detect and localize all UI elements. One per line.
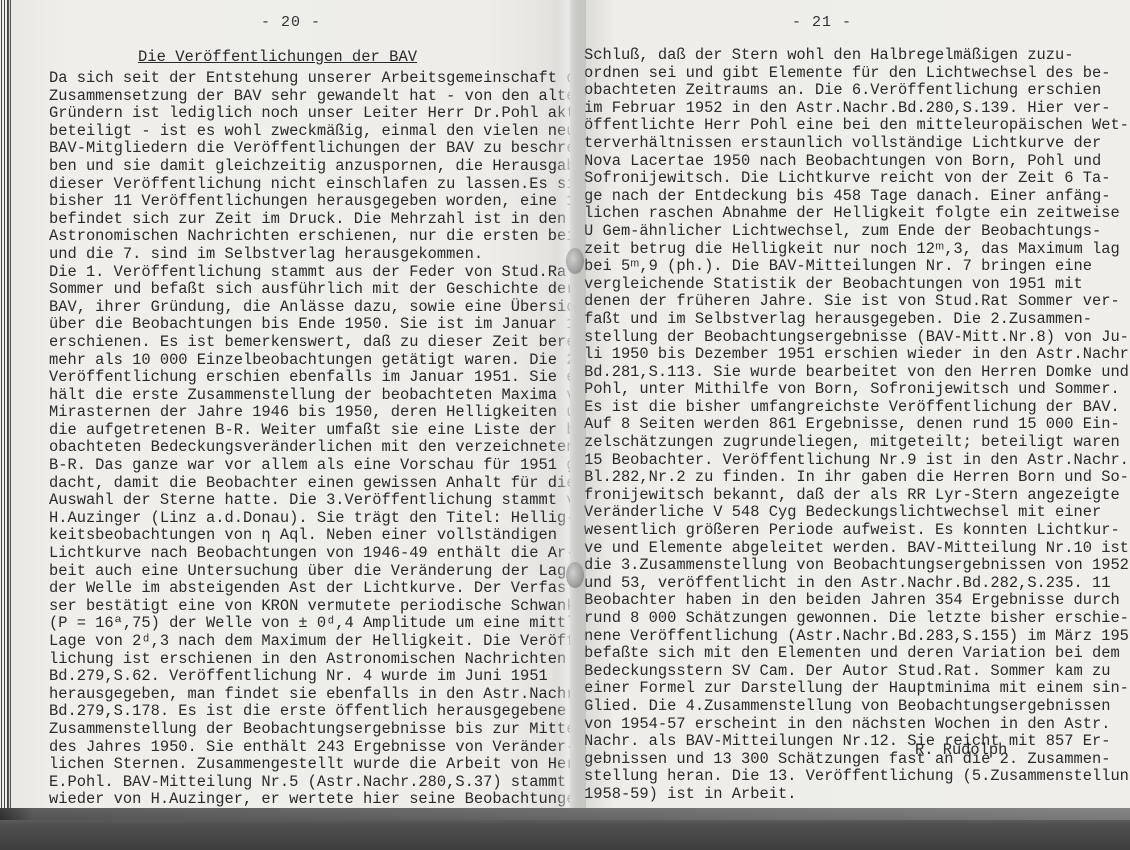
left-page: - 20 - Die Veröffentlichungen der BAV Da… bbox=[8, 0, 573, 808]
text-line: Bd.279,S.62. Veröffentlichung Nr. 4 wurd… bbox=[49, 668, 573, 686]
text-line: des Jahres 1950. Sie enthält 243 Ergebni… bbox=[49, 739, 573, 757]
text-line: die aufgetretenen B-R. Weiter umfaßt sie… bbox=[49, 422, 573, 440]
book-edge bbox=[0, 0, 8, 820]
text-line: dieser Veröffentlichung nicht einschlafe… bbox=[49, 176, 573, 194]
text-line: terverhältnissen erstaunlich vollständig… bbox=[584, 135, 1130, 153]
text-line: zelschätzungen zugrundeliegen, mitgeteil… bbox=[584, 434, 1130, 452]
text-line: lichen Sternen. Zusammengestellt wurde d… bbox=[49, 756, 573, 774]
text-line: Nachr. als BAV-Mitteilungen Nr.12. Sie r… bbox=[584, 733, 1130, 751]
text-line: Die 1. Veröffentlichung stammt aus der F… bbox=[49, 264, 573, 282]
text-line: H.Auzinger (Linz a.d.Donau). Sie trägt d… bbox=[49, 510, 573, 528]
text-line: BAV-Mitgliedern die Veröffentlichungen d… bbox=[49, 140, 573, 158]
text-line: Bd.281,S.113. Sie wurde bearbeitet von d… bbox=[584, 364, 1130, 382]
text-line: bei 5ᵐ,9 (ph.). Die BAV-Mitteilungen Nr.… bbox=[584, 258, 1130, 276]
article-title: Die Veröffentlichungen der BAV bbox=[138, 48, 417, 66]
text-line: Mirasternen der Jahre 1946 bis 1950, der… bbox=[49, 404, 573, 422]
binding-hole bbox=[566, 562, 584, 588]
text-line: lichung ist erschienen in den Astronomis… bbox=[49, 651, 573, 669]
text-line: bisher 11 Veröffentlichungen herausgegeb… bbox=[49, 193, 573, 211]
text-line: ser bestätigt eine von KRON vermutete pe… bbox=[49, 598, 573, 616]
text-line: beit auch eine Untersuchung über die Ver… bbox=[49, 563, 573, 581]
author-signature: R. Rudolph bbox=[915, 741, 1007, 759]
text-line: Auf 8 Seiten werden 861 Ergebnisse, dene… bbox=[584, 416, 1130, 434]
text-line: zeit betrug die Helligkeit nur noch 12ᵐ,… bbox=[584, 241, 1130, 259]
text-line: befaßte sich mit den Elementen und deren… bbox=[584, 645, 1130, 663]
text-line: ge nach der Entdeckung bis 458 Tage dana… bbox=[584, 188, 1130, 206]
text-line: Zusammenstellung der Beobachtungsergebni… bbox=[49, 721, 573, 739]
text-line: lichen raschen Abnahme der Helligkeit fo… bbox=[584, 205, 1130, 223]
text-line: erschienen. Es ist bemerkenswert, daß zu… bbox=[49, 334, 573, 352]
text-line: obachteten Bedeckungsveränderlichen mit … bbox=[49, 439, 573, 457]
text-line: Sofronijewitsch. Die Lichtkurve reicht v… bbox=[584, 170, 1130, 188]
text-line: nene Veröffentlichung (Astr.Nachr.Bd.283… bbox=[584, 628, 1130, 646]
text-line: Schluß, daß der Stern wohl den Halbregel… bbox=[584, 47, 1130, 65]
text-line: Pohl, unter Mithilfe von Born, Sofronije… bbox=[584, 381, 1130, 399]
text-line: öffentlichte Herr Pohl eine bei den mitt… bbox=[584, 117, 1130, 135]
text-line: einer Formel zur Darstellung der Hauptmi… bbox=[584, 680, 1130, 698]
text-line: faßt und im Selbstverlag herausgegeben. … bbox=[584, 311, 1130, 329]
page-number-right: - 21 - bbox=[792, 14, 852, 31]
text-line: über die Beobachtungen bis Ende 1950. Si… bbox=[49, 316, 573, 334]
text-line: beteiligt - ist es wohl zweckmäßig, einm… bbox=[49, 123, 573, 141]
text-line: Bl.282,Nr.2 zu finden. In ihr gaben die … bbox=[584, 469, 1130, 487]
text-line: fronijewitsch bekannt, daß der als RR Ly… bbox=[584, 487, 1130, 505]
text-line: ve und Elemente abgeleitet werden. BAV-M… bbox=[584, 540, 1130, 558]
text-line: im Februar 1952 in den Astr.Nachr.Bd.280… bbox=[584, 100, 1130, 118]
text-line: Auswahl der Sterne hatte. Die 3.Veröffen… bbox=[49, 492, 573, 510]
text-line: Glied. Die 4.Zusammenstellung von Beobac… bbox=[584, 698, 1130, 716]
text-line: Sommer und befaßt sich ausführlich mit d… bbox=[49, 281, 573, 299]
text-line: Bd.279,S.178. Es ist die erste öffentlic… bbox=[49, 703, 573, 721]
text-line: Zusammensetzung der BAV sehr gewandelt h… bbox=[49, 88, 573, 106]
text-line: E.Pohl. BAV-Mitteilung Nr.5 (Astr.Nachr.… bbox=[49, 774, 573, 792]
right-page-text: Schluß, daß der Stern wohl den Halbregel… bbox=[584, 47, 1130, 804]
text-line: vergleichende Statistik der Beobachtunge… bbox=[584, 276, 1130, 294]
text-line: herausgegeben, man findet sie ebenfalls … bbox=[49, 686, 573, 704]
text-line: Lichtkurve nach Beobachtungen von 1946-4… bbox=[49, 545, 573, 563]
text-line: Lage von 2ᵈ,3 nach dem Maximum der Helli… bbox=[49, 633, 573, 651]
text-line: dacht, damit die Beobachter einen gewiss… bbox=[49, 475, 573, 493]
text-line: denen der früheren Jahre. Sie ist von St… bbox=[584, 293, 1130, 311]
text-line: Beobachter haben in den beiden Jahren 35… bbox=[584, 592, 1130, 610]
text-line: der Welle im absteigenden Ast der Lichtk… bbox=[49, 580, 573, 598]
text-line: wesentlich größeren Periode aufweist. Es… bbox=[584, 522, 1130, 540]
text-line: li 1950 bis Dezember 1951 erschien wiede… bbox=[584, 346, 1130, 364]
text-line: Veröffentlichung erschien ebenfalls im J… bbox=[49, 369, 573, 387]
text-line: wieder von H.Auzinger, er wertete hier s… bbox=[49, 791, 573, 808]
text-line: Bedeckungsstern SV Cam. Der Autor Stud.R… bbox=[584, 663, 1130, 681]
text-line: von 1954-57 erscheint in den nächsten Wo… bbox=[584, 716, 1130, 734]
text-line: ben und sie damit gleichzeitig anzusporn… bbox=[49, 158, 573, 176]
text-line: Veränderliche V 548 Cyg Bedeckungslichtw… bbox=[584, 504, 1130, 522]
binding-hole bbox=[566, 248, 584, 274]
text-line: befindet sich zur Zeit im Druck. Die Meh… bbox=[49, 211, 573, 229]
text-line: obachteten Zeitraums an. Die 6.Veröffent… bbox=[584, 82, 1130, 100]
page-number-left: - 20 - bbox=[261, 14, 321, 31]
scanner-shadow bbox=[0, 808, 1130, 850]
text-line: keitsbeobachtungen von η Aql. Neben eine… bbox=[49, 527, 573, 545]
text-line: gebnissen und 13 300 Schätzungen fast an… bbox=[584, 751, 1130, 769]
text-line: Astronomischen Nachrichten erschienen, n… bbox=[49, 228, 573, 246]
right-page: - 21 - Schluß, daß der Stern wohl den Ha… bbox=[570, 0, 1130, 808]
text-line: Gründern ist lediglich noch unser Leiter… bbox=[49, 105, 573, 123]
text-line: Es ist die bisher umfangreichste Veröffe… bbox=[584, 399, 1130, 417]
text-line: B-R. Das ganze war vor allem als eine Vo… bbox=[49, 457, 573, 475]
text-line: 1958-59) ist in Arbeit. bbox=[584, 786, 1130, 804]
text-line: und die 7. sind im Selbstverlag herausge… bbox=[49, 246, 573, 264]
text-line: ordnen sei und gibt Elemente für den Lic… bbox=[584, 65, 1130, 83]
text-line: stellung der Beobachtungsergebnisse (BAV… bbox=[584, 329, 1130, 347]
text-line: rund 8 000 Schätzungen gewonnen. Die let… bbox=[584, 610, 1130, 628]
text-line: BAV, ihrer Gründung, die Anlässe dazu, s… bbox=[49, 299, 573, 317]
left-page-text: Da sich seit der Entstehung unserer Arbe… bbox=[49, 70, 573, 808]
text-line: die 3.Zusammenstellung von Beobachtungse… bbox=[584, 557, 1130, 575]
text-line: Nova Lacertae 1950 nach Beobachtungen vo… bbox=[584, 153, 1130, 171]
text-line: hält die erste Zusammenstellung der beob… bbox=[49, 387, 573, 405]
text-line: und 53, veröffentlicht in den Astr.Nachr… bbox=[584, 575, 1130, 593]
text-line: stellung heran. Die 13. Veröffentlichung… bbox=[584, 768, 1130, 786]
text-line: 15 Beobachter. Veröffentlichung Nr.9 ist… bbox=[584, 452, 1130, 470]
text-line: (P = 16ª,75) der Welle von ± 0ᵈ,4 Amplit… bbox=[49, 615, 573, 633]
text-line: mehr als 10 000 Einzelbeobachtungen getä… bbox=[49, 352, 573, 370]
text-line: Da sich seit der Entstehung unserer Arbe… bbox=[49, 70, 573, 88]
text-line: U Gem-ähnlicher Lichtwechsel, zum Ende d… bbox=[584, 223, 1130, 241]
scanned-book-spread: - 20 - Die Veröffentlichungen der BAV Da… bbox=[0, 0, 1130, 850]
